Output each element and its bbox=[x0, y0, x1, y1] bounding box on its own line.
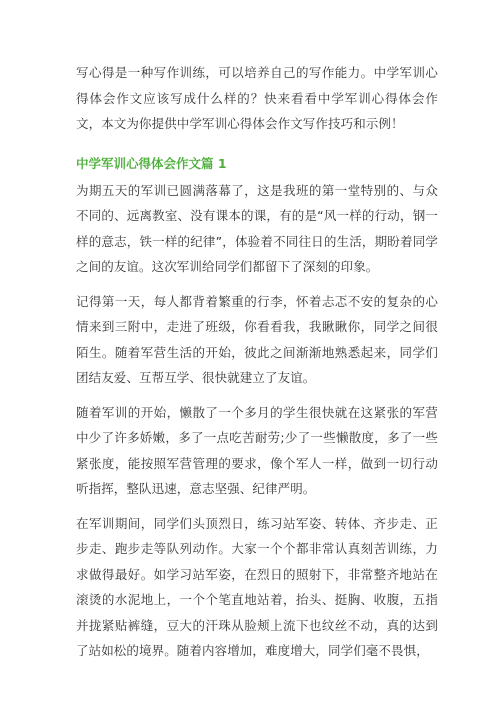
body-paragraph-1: 为期五天的军训已圆满落幕了，这是我班的第一堂特别的、与众不同的、远离教室、没有课… bbox=[76, 178, 438, 280]
document-page: 写心得是一种写作训练，可以培养自己的写作能力。中学军训心得体会作文应该写成什么样… bbox=[76, 60, 438, 664]
intro-paragraph: 写心得是一种写作训练，可以培养自己的写作能力。中学军训心得体会作文应该写成什么样… bbox=[76, 60, 438, 137]
body-paragraph-3: 随着军训的开始，懒散了一个多月的学生很快就在这紧张的军营中少了许多娇嫩，多了一点… bbox=[76, 400, 438, 502]
body-paragraph-4: 在军训期间，同学们头顶烈日，练习站军姿、转体、齐步走、正步走、跑步走等队列动作。… bbox=[76, 511, 438, 664]
section-heading: 中学军训心得体会作文篇 1 bbox=[76, 151, 438, 176]
body-paragraph-2: 记得第一天，每人都背着繁重的行李，怀着忐忑不安的复杂的心情来到三附中，走进了班级… bbox=[76, 289, 438, 391]
